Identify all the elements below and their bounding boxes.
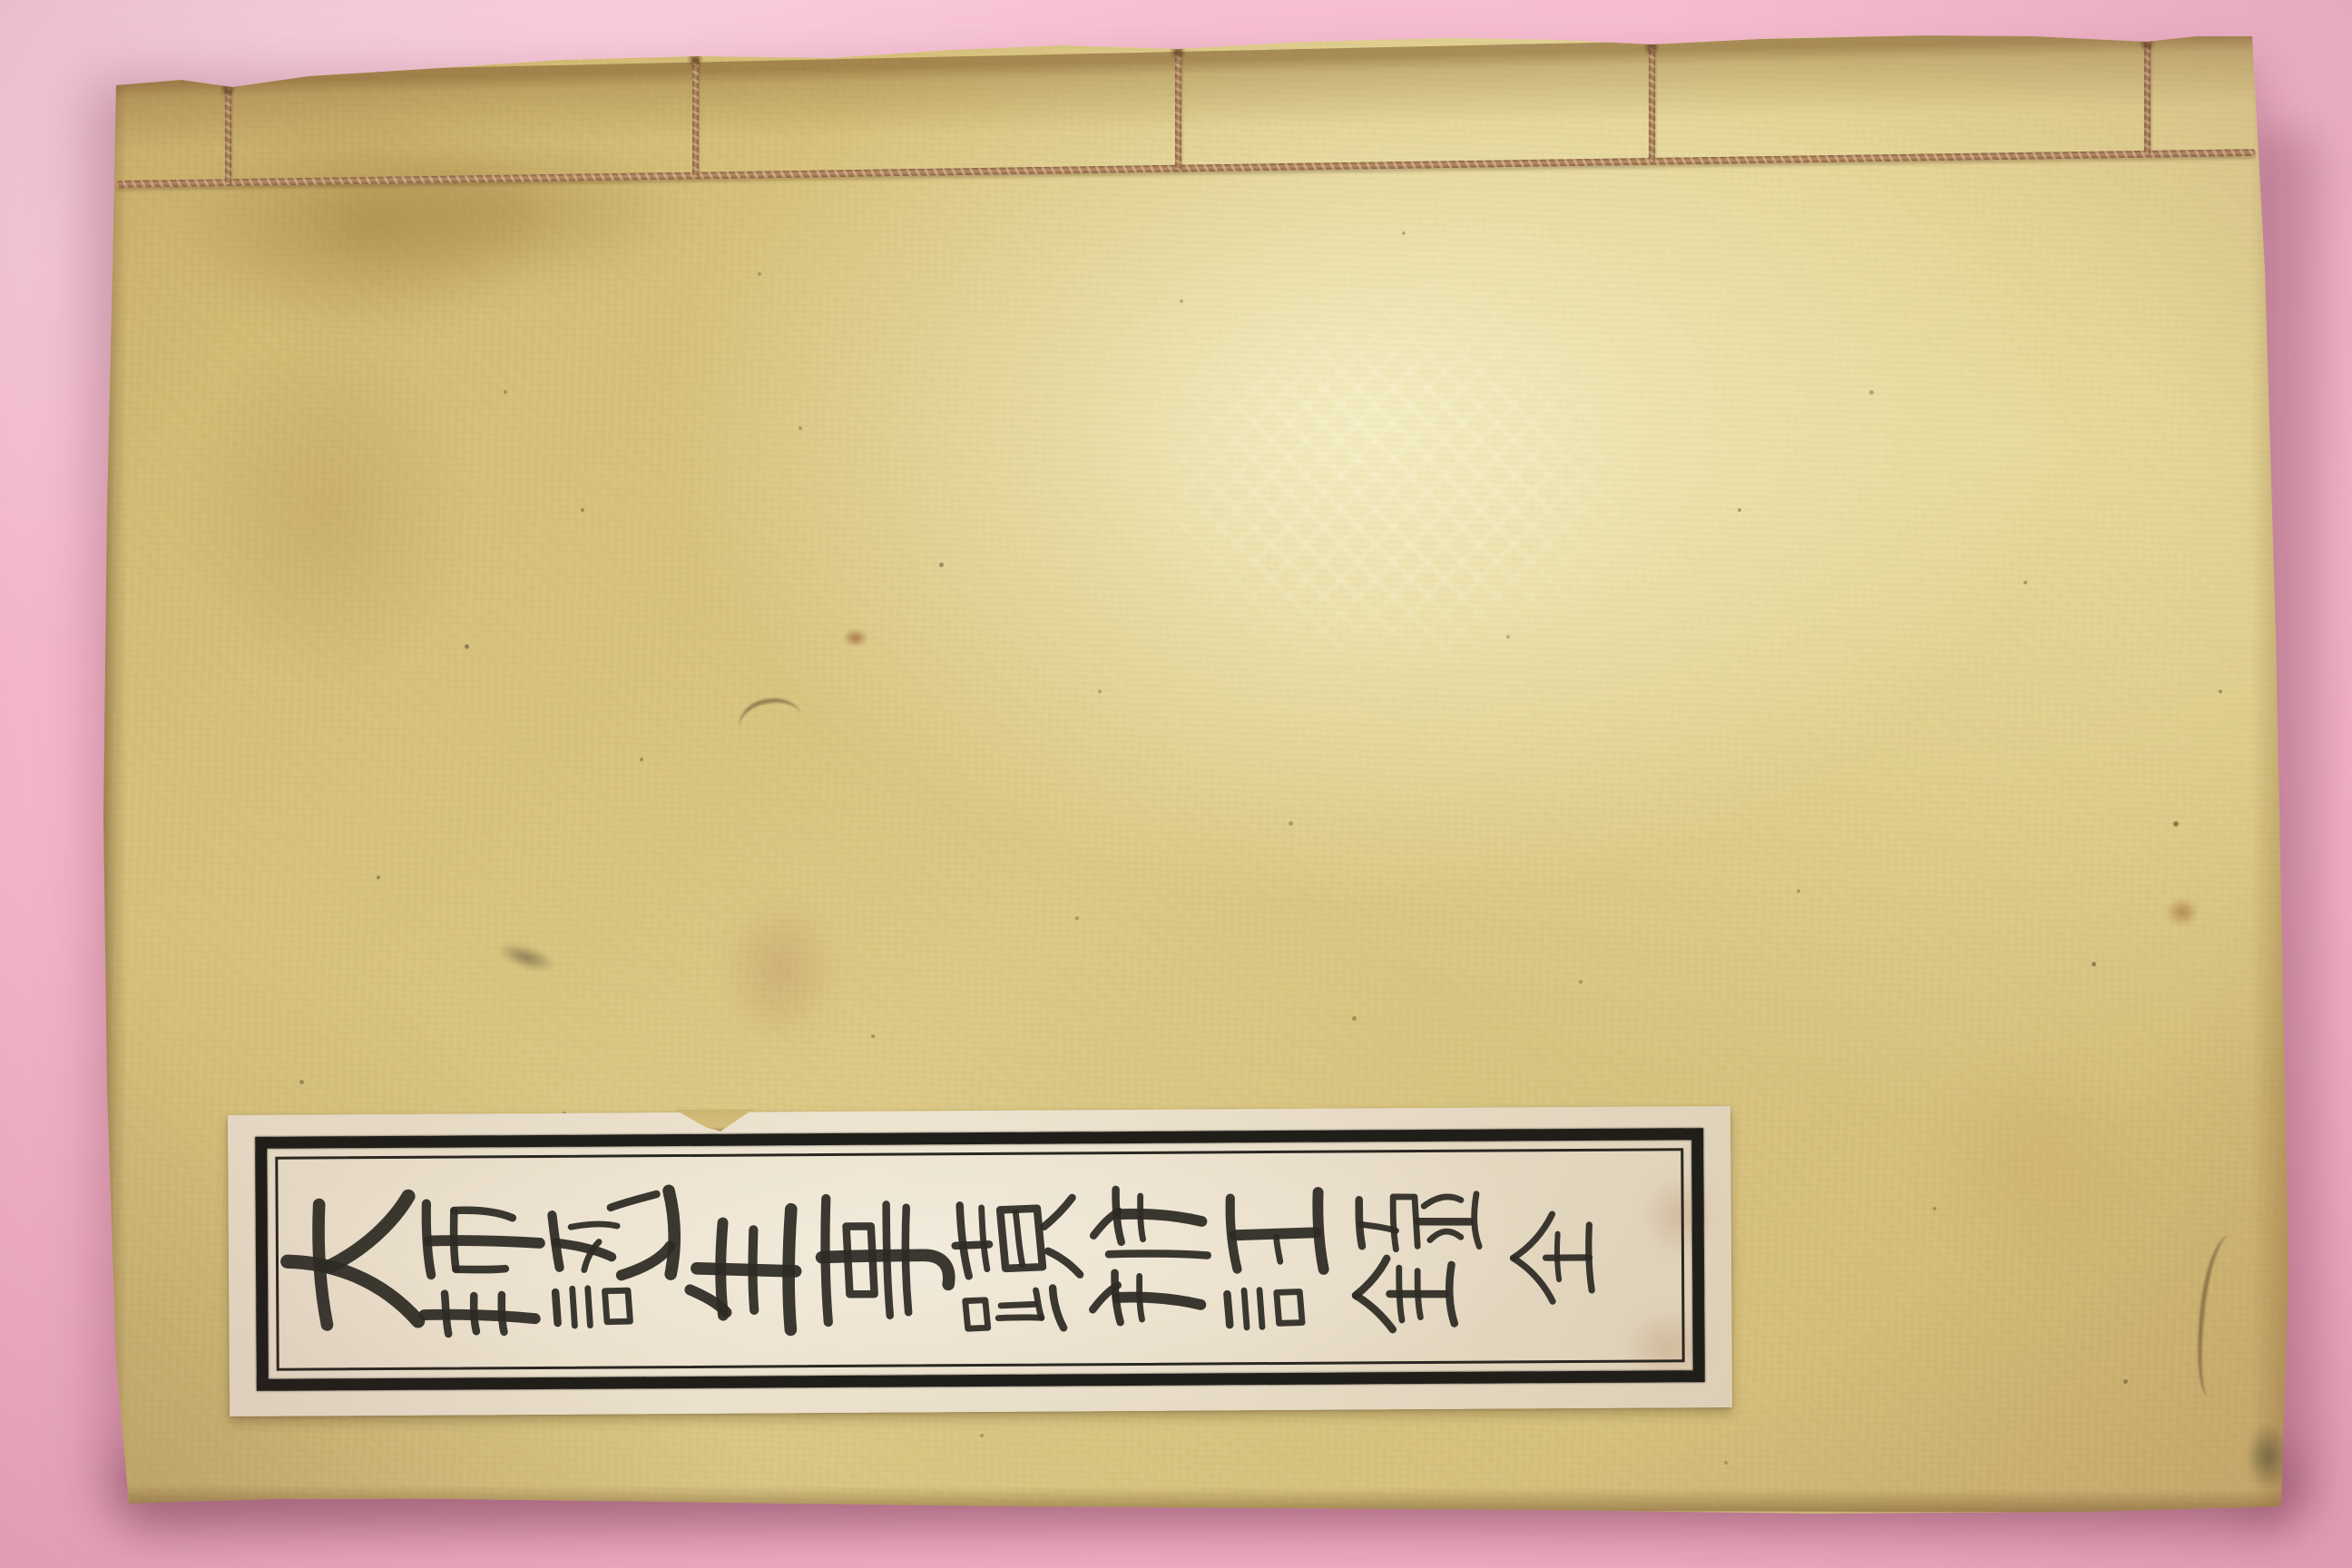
stitch-notch: [690, 50, 701, 66]
photo: 大師誕生事蹟辨証録 全: [0, 0, 2352, 1568]
title-calligraphy: [228, 1106, 1732, 1416]
title-label: 大師誕生事蹟辨証録 全: [228, 1106, 1732, 1416]
stitch-notch: [2141, 34, 2152, 50]
binding-stitch: [1649, 45, 1655, 162]
stitch-notch: [1172, 42, 1183, 58]
book-cover: 大師誕生事蹟辨証録 全: [0, 0, 2352, 1568]
volume-character: [1503, 1203, 1616, 1313]
binding-stitch: [225, 87, 231, 184]
binding-stitch: [692, 58, 699, 177]
stitch-notch: [1646, 37, 1657, 54]
binding-stitch: [2144, 42, 2151, 154]
binding-stitch: [1175, 50, 1181, 170]
